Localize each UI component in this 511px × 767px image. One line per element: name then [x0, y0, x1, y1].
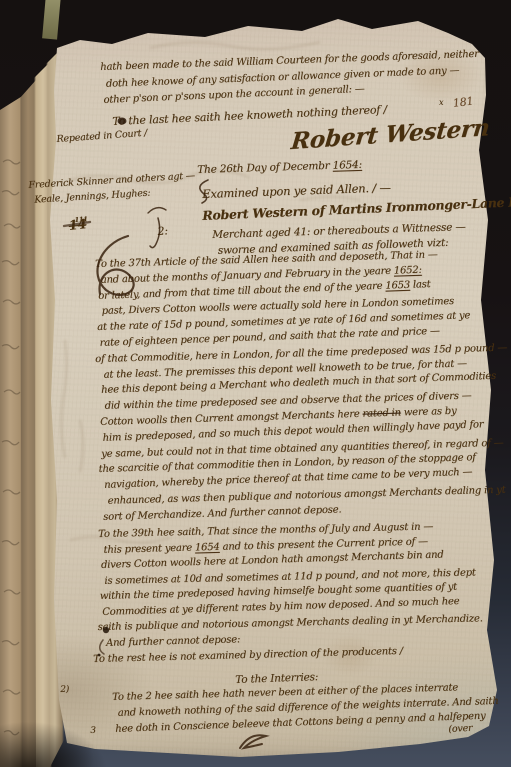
folio-number: 181 [452, 94, 474, 112]
margin-answer-3: 3 [90, 723, 96, 739]
margin-answer-2: 2) [60, 682, 69, 698]
article-37: To the 37th Article of the said Allen he… [95, 244, 511, 525]
manuscript-photo: hath been made to the said William Court… [0, 0, 511, 767]
folio-ink-mark: x [439, 95, 443, 111]
article-39: To the 39th hee saith, That since the mo… [98, 517, 483, 651]
margin-docket: 2: [157, 223, 168, 240]
margin-struck-numeral: 14 [68, 217, 87, 235]
over-note: (over [448, 721, 473, 738]
